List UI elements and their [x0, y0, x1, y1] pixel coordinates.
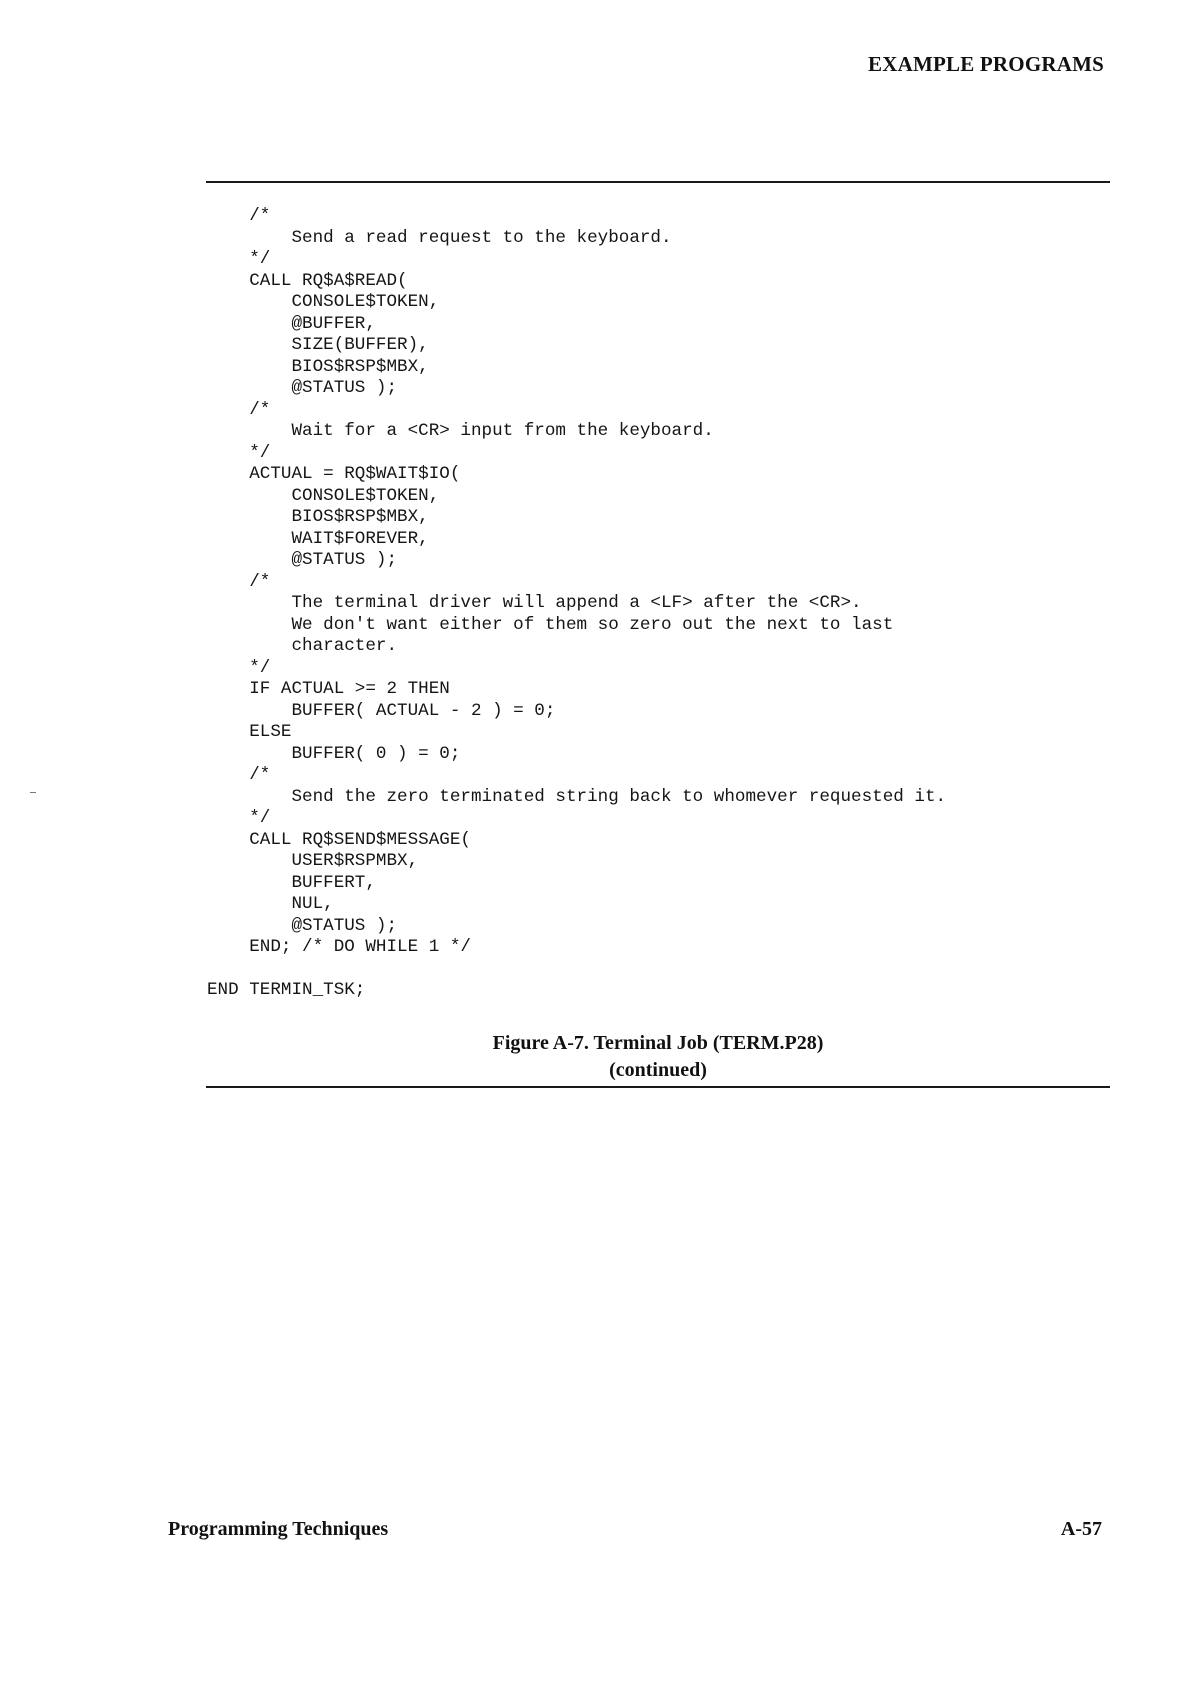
bottom-rule	[206, 1086, 1110, 1088]
code-line: @STATUS );	[207, 378, 946, 400]
footer-section-title: Programming Techniques	[168, 1518, 388, 1541]
code-line: */	[207, 658, 946, 680]
code-line: BIOS$RSP$MBX,	[207, 357, 946, 379]
figure-caption-continued: (continued)	[206, 1057, 1110, 1084]
code-line: USER$RSPMBX,	[207, 851, 946, 873]
code-line: */	[207, 249, 946, 271]
code-line: ELSE	[207, 722, 946, 744]
code-line: */	[207, 808, 946, 830]
code-line: The terminal driver will append a <LF> a…	[207, 593, 946, 615]
code-line: CONSOLE$TOKEN,	[207, 292, 946, 314]
code-line: /*	[207, 206, 946, 228]
code-line: BUFFER( 0 ) = 0;	[207, 744, 946, 766]
code-line: END; /* DO WHILE 1 */	[207, 937, 946, 959]
code-line: /*	[207, 765, 946, 787]
code-line: NUL,	[207, 894, 946, 916]
code-line: Send the zero terminated string back to …	[207, 787, 946, 809]
code-line: CONSOLE$TOKEN,	[207, 486, 946, 508]
top-rule	[206, 181, 1110, 183]
running-head: EXAMPLE PROGRAMS	[868, 52, 1104, 77]
code-line: @STATUS );	[207, 916, 946, 938]
code-line-blank	[207, 959, 946, 981]
code-line: CALL RQ$SEND$MESSAGE(	[207, 830, 946, 852]
code-line: END TERMIN_TSK;	[207, 980, 946, 1002]
code-line: ACTUAL = RQ$WAIT$IO(	[207, 464, 946, 486]
code-line: BUFFERT,	[207, 873, 946, 895]
code-line: /*	[207, 572, 946, 594]
code-line: Send a read request to the keyboard.	[207, 228, 946, 250]
code-line: CALL RQ$A$READ(	[207, 271, 946, 293]
code-line: IF ACTUAL >= 2 THEN	[207, 679, 946, 701]
code-line: character.	[207, 636, 946, 658]
code-line: /*	[207, 400, 946, 422]
code-line: BIOS$RSP$MBX,	[207, 507, 946, 529]
code-line: Wait for a <CR> input from the keyboard.	[207, 421, 946, 443]
footer-page-number: A-57	[1061, 1518, 1102, 1541]
code-line: @STATUS );	[207, 550, 946, 572]
code-line: BUFFER( ACTUAL - 2 ) = 0;	[207, 701, 946, 723]
code-line: @BUFFER,	[207, 314, 946, 336]
code-line: WAIT$FOREVER,	[207, 529, 946, 551]
figure-caption-title: Figure A-7. Terminal Job (TERM.P28)	[206, 1030, 1110, 1057]
margin-mark	[30, 792, 36, 793]
code-listing: /* Send a read request to the keyboard. …	[207, 206, 946, 1002]
figure-caption: Figure A-7. Terminal Job (TERM.P28) (con…	[206, 1030, 1110, 1084]
code-line: We don't want either of them so zero out…	[207, 615, 946, 637]
code-line: SIZE(BUFFER),	[207, 335, 946, 357]
code-line: */	[207, 443, 946, 465]
